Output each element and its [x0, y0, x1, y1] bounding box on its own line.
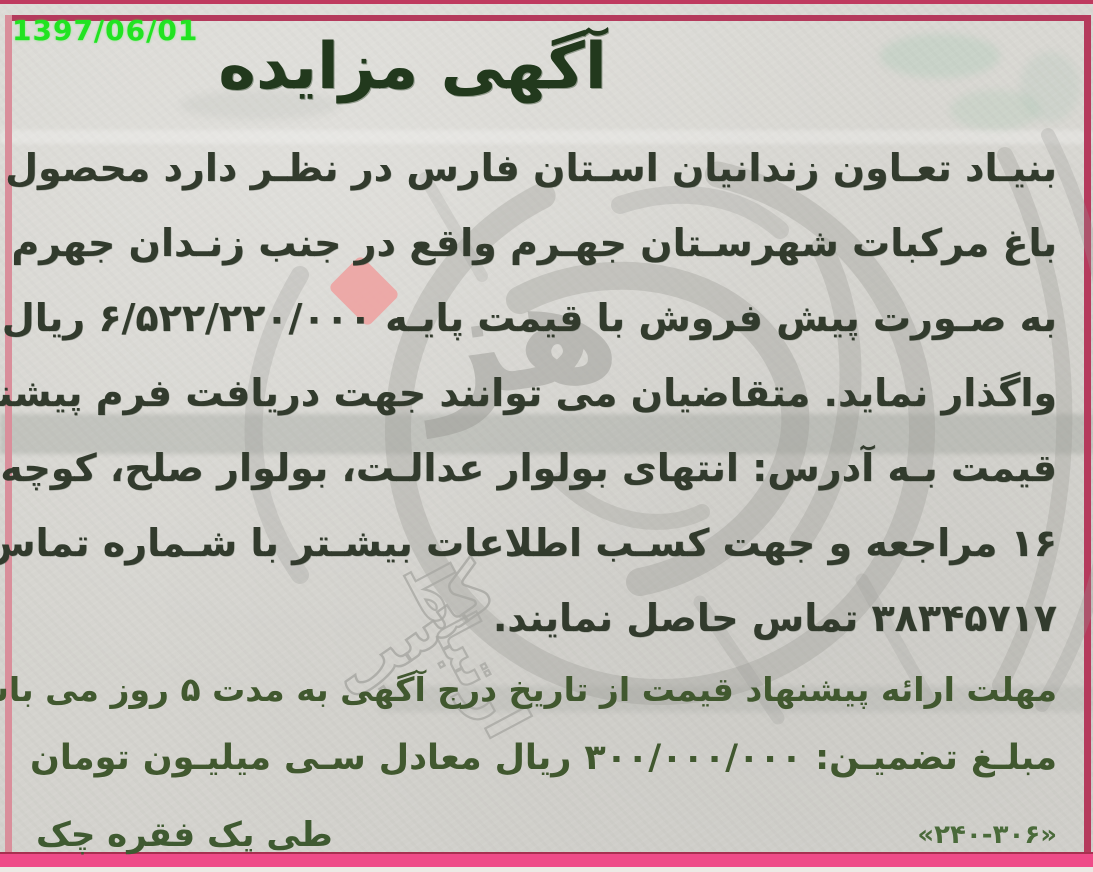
ad-content: آگهی مزایده بنیـاد تعـاون زندانیان اسـتا… [0, 0, 1093, 872]
ad-body-line-7-phone: ۳۸۳۴۵۷۱۷ تماس حاصل نمایند. [30, 596, 1057, 658]
ad-body-line-3-base-price: به صـورت پیش فروش با قیمت پایـه ۶/۵۲۲/۲۲… [30, 296, 1057, 358]
ad-body-line-1: بنیـاد تعـاون زندانیان اسـتان فارس در نظ… [30, 146, 1057, 208]
ad-body-line-4: واگذار نماید. متقاضیان می توانند جهت دری… [30, 371, 1057, 433]
ad-body-line-5-address: قیمت بـه آدرس: انتهای بولوار عدالـت، بول… [30, 446, 1057, 508]
ad-body-line-2: باغ مرکبات شهرسـتان جهـرم واقع در جنب زن… [30, 221, 1057, 283]
newspaper-ad-scan: هز کسب ارتباط آگهی مزایده بنیـاد تعـاون … [0, 0, 1093, 872]
ad-deadline-line: مهلت ارائه پیشنهاد قیمت از تاریخ درج آگه… [30, 670, 1057, 724]
ad-title-text: آگهی مزایده [218, 30, 607, 104]
date-stamp: 1397/06/01 [12, 14, 198, 47]
ad-footer-row: طی یک فقره چک «۲۴۰-۳۰۶» [36, 810, 1057, 860]
ad-guarantee-line: مبلـغ تضمیـن: ۳۰۰/۰۰۰/۰۰۰ ریال معادل سـی… [30, 738, 1057, 792]
ad-footer-cheque-text: طی یک فقره چک [36, 815, 333, 855]
ad-body-line-6: ۱۶ مراجعه و جهت کسـب اطلاعات بیشـتر با ش… [30, 521, 1057, 583]
ad-footer-code: «۲۴۰-۳۰۶» [917, 820, 1057, 850]
